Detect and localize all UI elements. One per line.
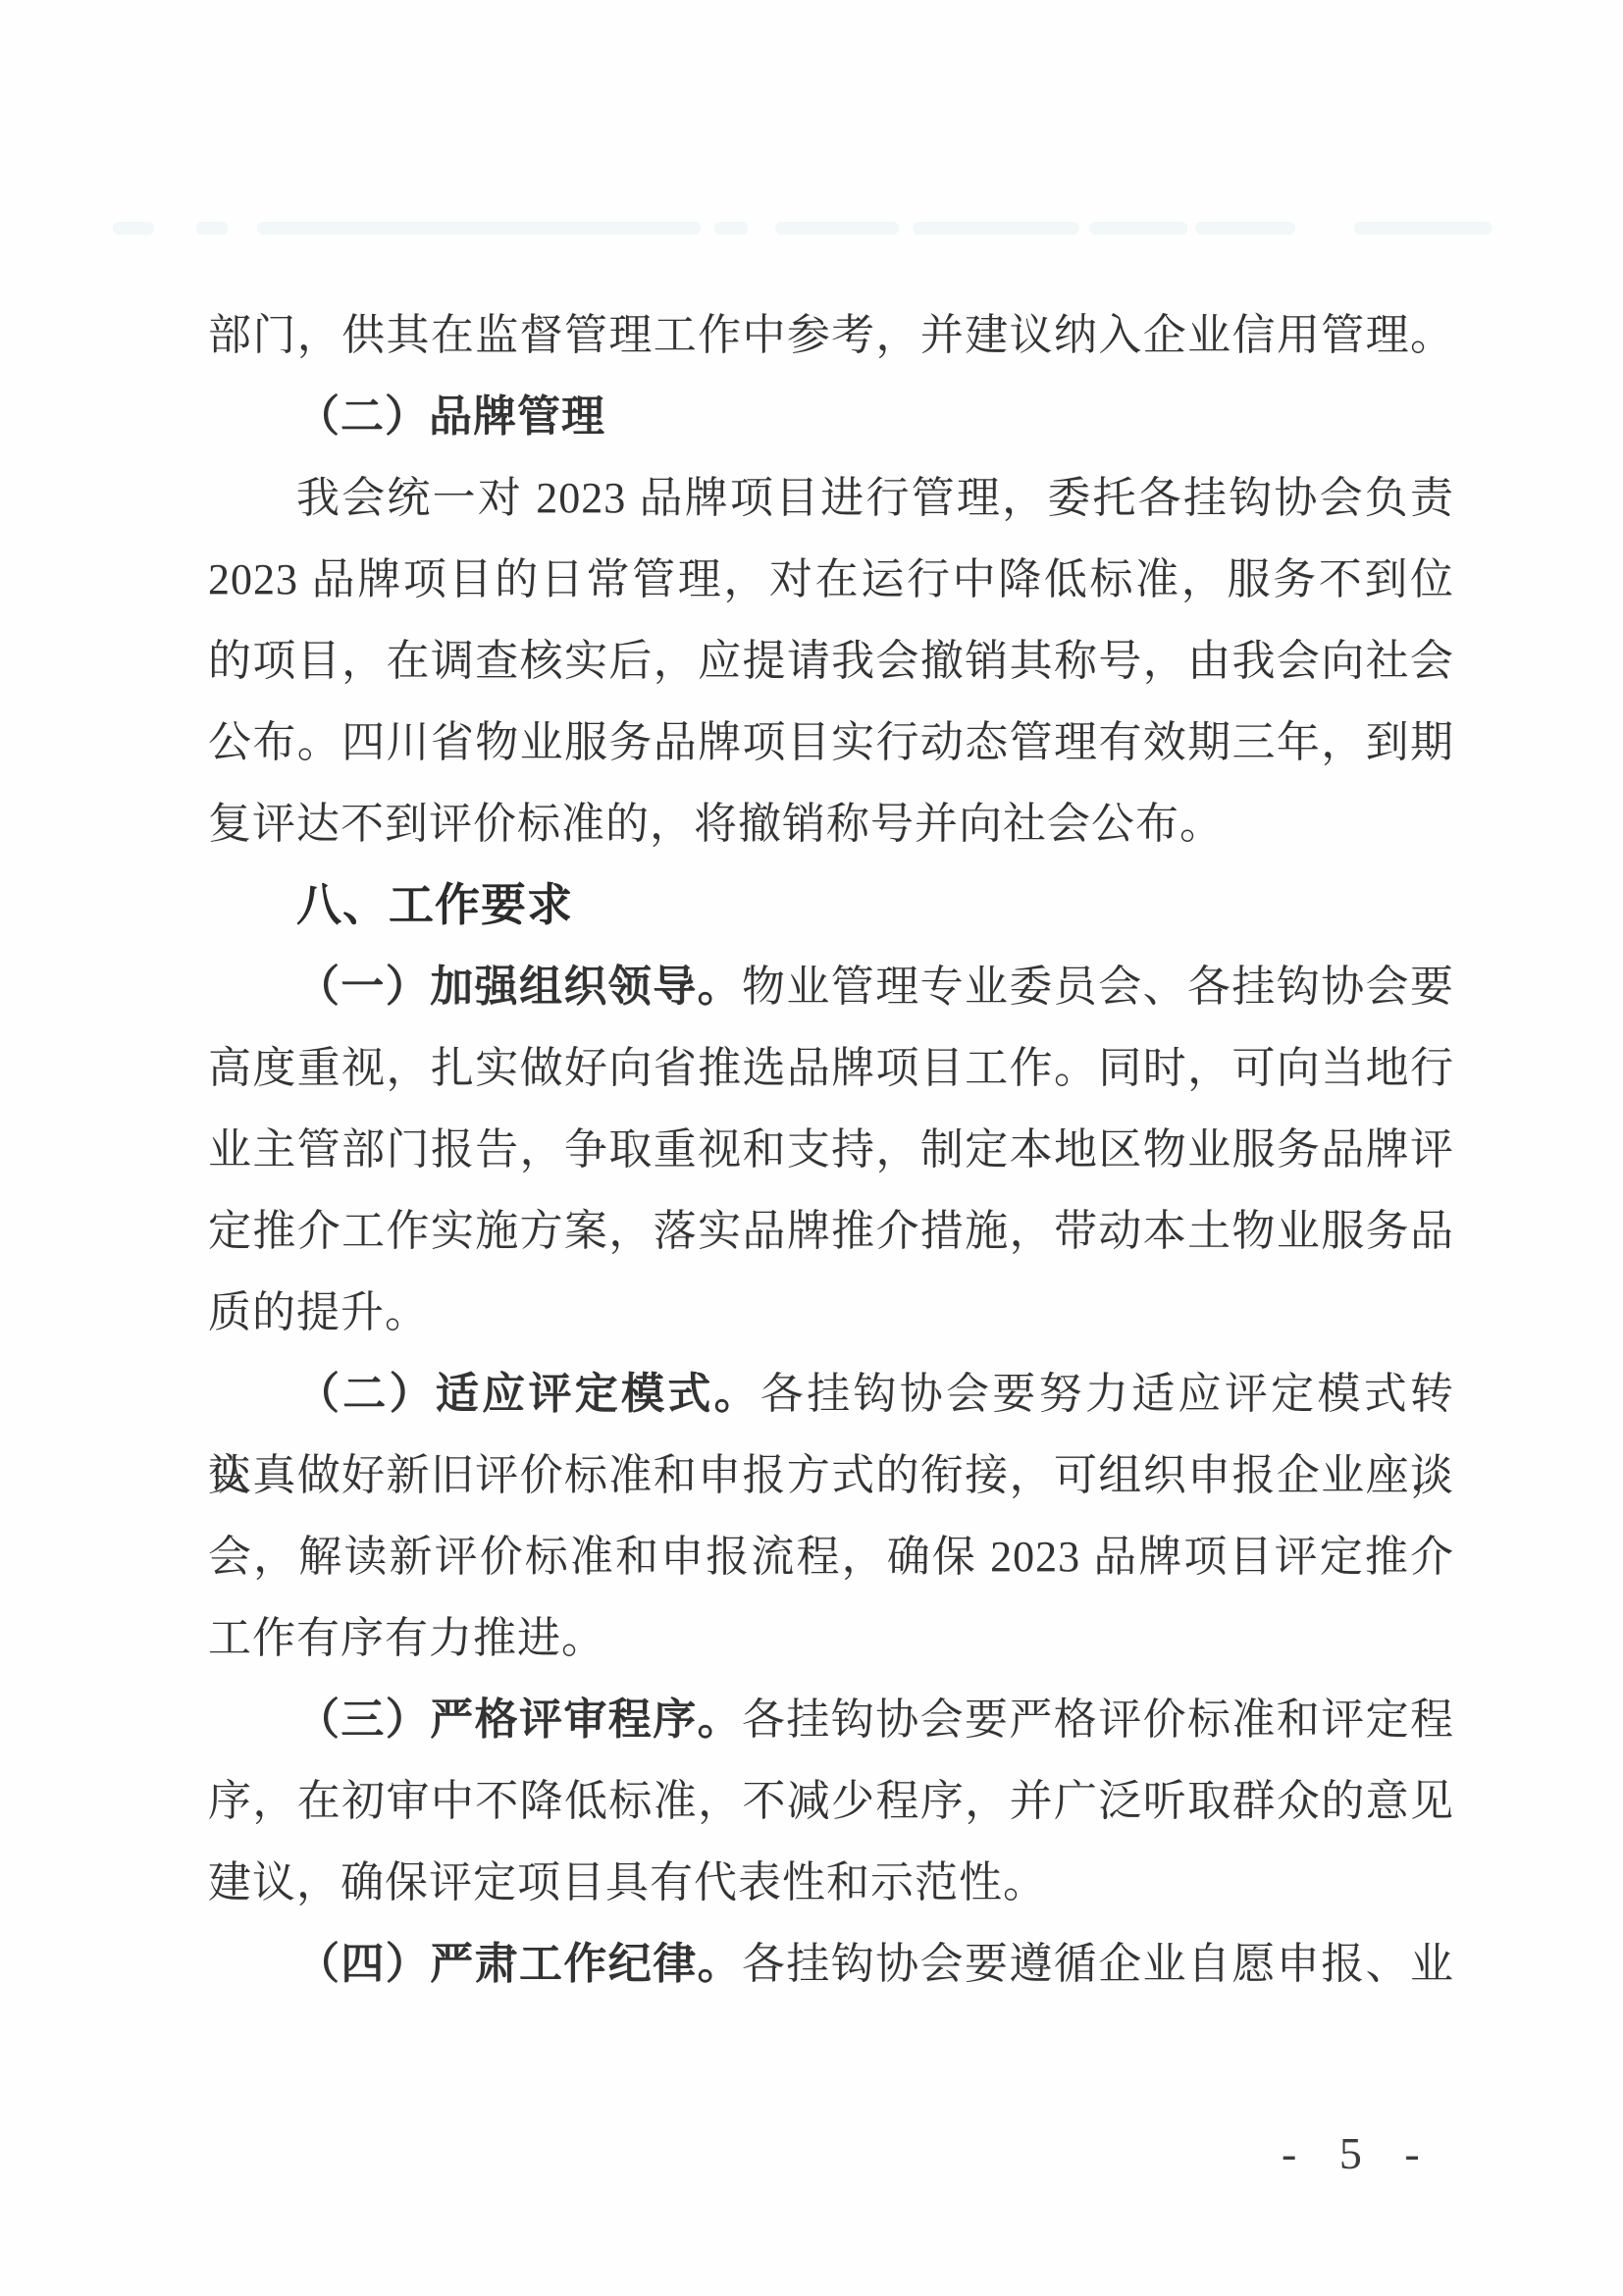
text-segment: 高度重视，扎实做好向省推选品牌项目工作。同时，可向当地行 <box>208 1044 1454 1092</box>
text-segment: 质的提升。 <box>208 1288 429 1336</box>
text-line: 复评达不到评价标准的，将撤销称号并向社会公布。 <box>208 783 1454 864</box>
section-heading: 八、工作要求 <box>208 864 1454 946</box>
text-segment: （一）加强组织领导。 <box>296 963 742 1011</box>
text-segment: 定推介工作实施方案，落实品牌推介措施，带动本土物业服务品 <box>208 1207 1454 1255</box>
text-segment: 认真做好新旧评价标准和申报方式的衔接，可组织申报企业座谈 <box>208 1451 1454 1499</box>
text-line: （二）品牌管理 <box>208 376 1454 457</box>
text-line: （一）加强组织领导。物业管理专业委员会、各挂钩协会要 <box>208 946 1454 1027</box>
text-segment: 各挂钩协会要严格评价标准和评定程 <box>742 1696 1454 1744</box>
text-segment: 会，解读新评价标准和申报流程，确保 2023 品牌项目评定推介 <box>208 1533 1454 1581</box>
text-line: 部门，供其在监督管理工作中参考，并建议纳入企业信用管理。 <box>208 294 1454 376</box>
text-segment: 复评达不到评价标准的，将撤销称号并向社会公布。 <box>208 800 1224 848</box>
scan-artifact-segment <box>1089 222 1187 235</box>
text-line: 序，在初审中不降低标准，不减少程序，并广泛听取群众的意见 <box>208 1760 1454 1842</box>
scan-artifact-segment <box>775 222 899 235</box>
scan-artifact <box>0 222 1623 235</box>
text-line: （二）适应评定模式。各挂钩协会要努力适应评定模式转变， <box>208 1353 1454 1435</box>
text-line: 建议，确保评定项目具有代表性和示范性。 <box>208 1842 1454 1923</box>
text-segment: 我会统一对 2023 品牌项目进行管理，委托各挂钩协会负责 <box>296 474 1454 522</box>
text-line: 会，解读新评价标准和申报流程，确保 2023 品牌项目评定推介 <box>208 1516 1454 1597</box>
scan-artifact-segment <box>113 222 154 235</box>
scan-artifact-segment <box>1195 222 1295 235</box>
scan-artifact-segment <box>714 222 748 235</box>
text-segment: （四）严肃工作纪律。 <box>296 1940 742 1988</box>
text-line: 业主管部门报告，争取重视和支持，制定本地区物业服务品牌评 <box>208 1109 1454 1190</box>
text-segment: 2023 品牌项目的日常管理，对在运行中降低标准，服务不到位 <box>208 555 1454 603</box>
text-line: 工作有序有力推进。 <box>208 1597 1454 1679</box>
text-segment: 各挂钩协会要遵循企业自愿申报、业 <box>742 1940 1454 1988</box>
document-body: 部门，供其在监督管理工作中参考，并建议纳入企业信用管理。（二）品牌管理我会统一对… <box>208 294 1454 2005</box>
text-segment: 业主管部门报告，争取重视和支持，制定本地区物业服务品牌评 <box>208 1125 1454 1174</box>
text-line: 的项目，在调查核实后，应提请我会撤销其称号，由我会向社会 <box>208 620 1454 702</box>
text-segment: （三）严格评审程序。 <box>296 1696 742 1744</box>
text-segment: 八、工作要求 <box>296 879 573 930</box>
scan-artifact-segment <box>257 222 701 235</box>
scan-artifact-segment <box>1354 222 1492 235</box>
text-segment: （二）适应评定模式。 <box>296 1370 760 1418</box>
text-line: 质的提升。 <box>208 1272 1454 1353</box>
text-segment: （二）品牌管理 <box>296 392 605 441</box>
text-segment: 部门，供其在监督管理工作中参考，并建议纳入企业信用管理。 <box>208 311 1454 359</box>
scan-artifact-segment <box>913 222 1079 235</box>
text-line: 2023 品牌项目的日常管理，对在运行中降低标准，服务不到位 <box>208 539 1454 620</box>
text-line: （四）严肃工作纪律。各挂钩协会要遵循企业自愿申报、业 <box>208 1923 1454 2005</box>
text-line: 定推介工作实施方案，落实品牌推介措施，带动本土物业服务品 <box>208 1190 1454 1272</box>
text-segment: 工作有序有力推进。 <box>208 1614 605 1662</box>
document-page: 部门，供其在监督管理工作中参考，并建议纳入企业信用管理。（二）品牌管理我会统一对… <box>0 0 1623 2296</box>
text-line: 认真做好新旧评价标准和申报方式的衔接，可组织申报企业座谈 <box>208 1435 1454 1516</box>
text-segment: 建议，确保评定项目具有代表性和示范性。 <box>208 1858 1047 1906</box>
text-line: 高度重视，扎实做好向省推选品牌项目工作。同时，可向当地行 <box>208 1027 1454 1109</box>
text-line: 公布。四川省物业服务品牌项目实行动态管理有效期三年，到期 <box>208 702 1454 783</box>
text-segment: 的项目，在调查核实后，应提请我会撤销其称号，由我会向社会 <box>208 637 1454 685</box>
text-segment: 物业管理专业委员会、各挂钩协会要 <box>742 963 1454 1011</box>
page-number: - 5 - <box>1282 2127 1436 2179</box>
scan-artifact-segment <box>196 222 228 235</box>
text-segment: 序，在初审中不降低标准，不减少程序，并广泛听取群众的意见 <box>208 1777 1454 1825</box>
text-line: （三）严格评审程序。各挂钩协会要严格评价标准和评定程 <box>208 1679 1454 1760</box>
text-line: 我会统一对 2023 品牌项目进行管理，委托各挂钩协会负责 <box>208 457 1454 539</box>
text-segment: 公布。四川省物业服务品牌项目实行动态管理有效期三年，到期 <box>208 718 1454 766</box>
